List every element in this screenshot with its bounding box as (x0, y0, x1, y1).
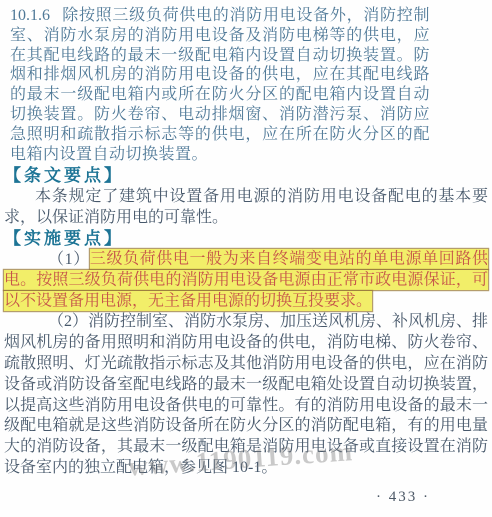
document-page: 10.1.6除按照三级负荷供电的消防用电设备外，消防控制室、消防水泵房的消防用电… (0, 0, 492, 517)
clause-paragraph: 10.1.6除按照三级负荷供电的消防用电设备外，消防控制室、消防水泵房的消防用电… (10, 6, 430, 164)
clause-points-body: 本条规定了建筑中设置备用电源的消防用电设备配电的基本要求，以保证消防用电的可靠性… (4, 187, 488, 229)
page-number: · 433 · (4, 489, 488, 506)
clause-number: 10.1.6 (10, 7, 50, 24)
implementation-point-2: （2）消防控制室、消防水泵房、加压送风机房、补风机房、排烟风机房的备用照明和消防… (4, 312, 488, 478)
implementation-point-1: （1）三级负荷供电一般为来自终端变电站的单电源单回路供电。按照三级负荷供电的消防… (4, 250, 488, 312)
implementation-points-header: 【实施要点】 (4, 229, 488, 250)
clause-points-header: 【条文要点】 (4, 166, 488, 187)
clause-text: 除按照三级负荷供电的消防用电设备外，消防控制室、消防水泵房的消防用电设备及消防电… (10, 7, 430, 163)
point1-label: （1） (48, 251, 90, 268)
